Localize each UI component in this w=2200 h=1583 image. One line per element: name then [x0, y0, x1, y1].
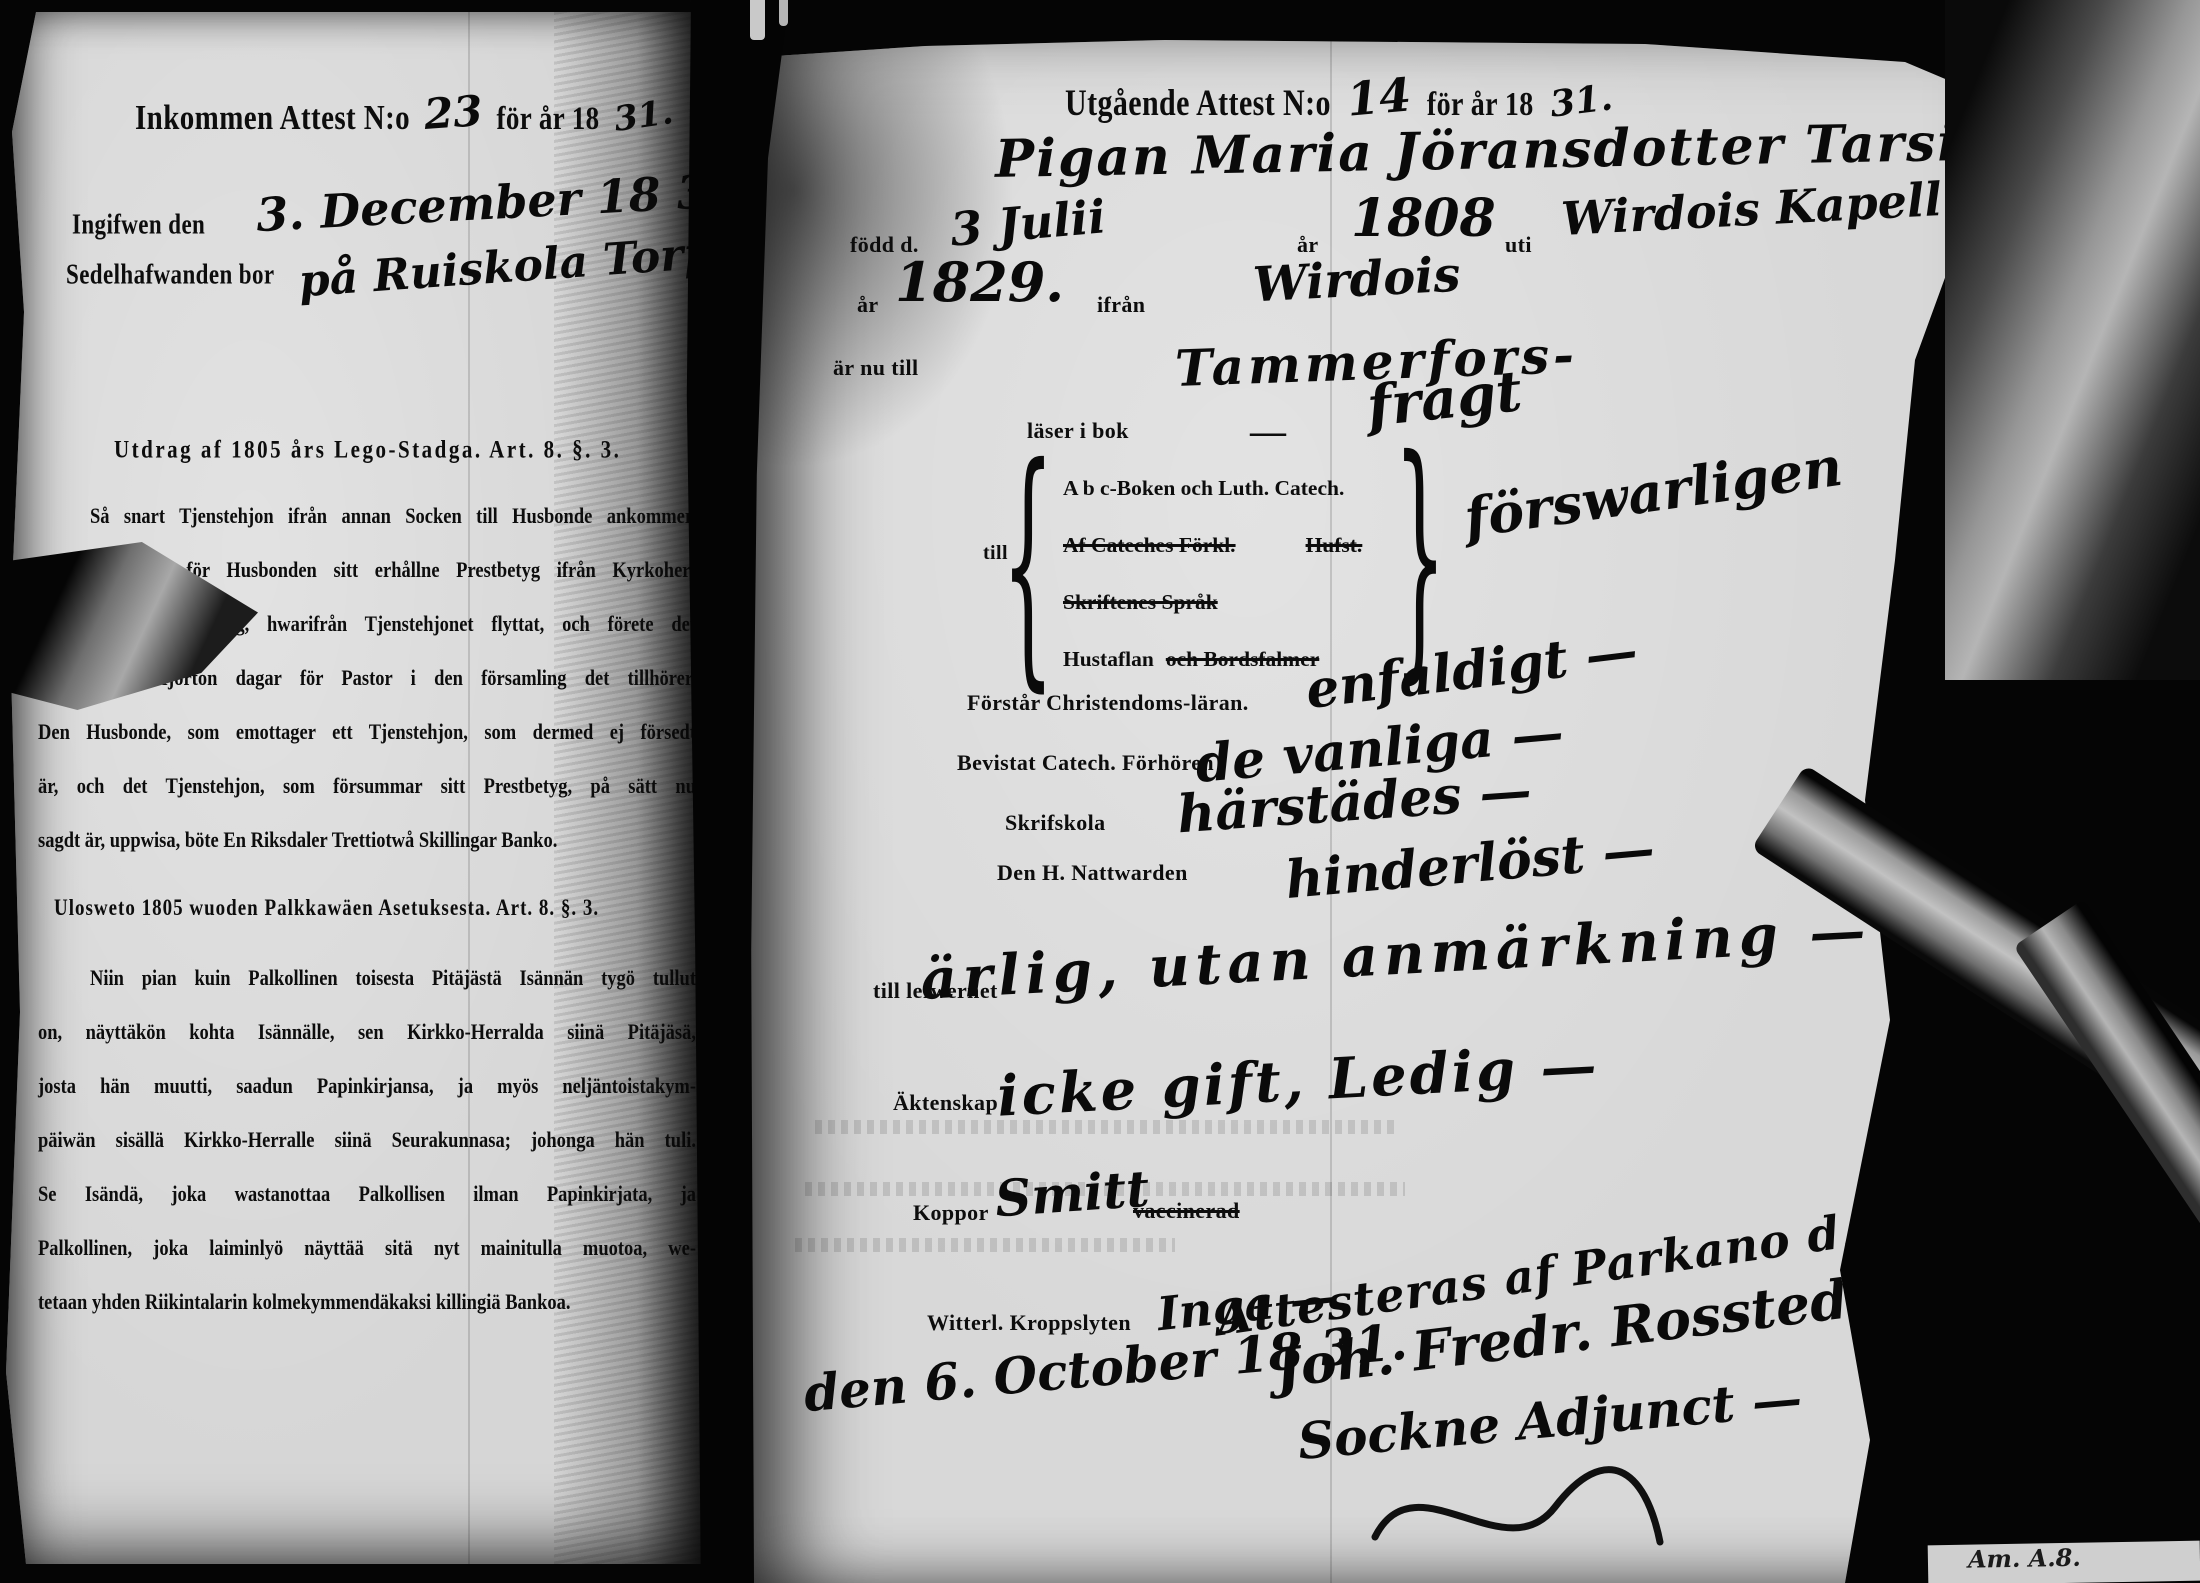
catechism-item-suffix: Hufst.	[1306, 533, 1363, 557]
catechism-item-text: Hustaflan	[1063, 647, 1154, 671]
row-label: Bevistat Catech. Förhören	[957, 750, 1214, 776]
swedish-section-heading: Utdrag af 1805 års Lego-Stadga. Art. 8. …	[114, 435, 621, 465]
row-label: Skrifskola	[1005, 810, 1106, 836]
catechism-item: A b c-Boken och Luth. Catech.	[1063, 460, 1362, 517]
destination-label: är nu till	[833, 355, 919, 381]
right-header-title: Utgående Attest N:o	[1065, 83, 1331, 124]
binding-tab	[750, 0, 765, 40]
gutter-shadow-left	[554, 12, 704, 1564]
catechism-item-text: Skriftenes Språk	[1063, 590, 1218, 614]
ghost-print-smudge	[815, 1120, 1395, 1134]
row-label: Äktenskap	[893, 1090, 998, 1116]
reading-dash: —	[1250, 410, 1286, 452]
right-header-number: 14	[1345, 67, 1413, 126]
catechism-item-text: A b c-Boken och Luth. Catech.	[1063, 476, 1344, 500]
right-header-year-label: för år 18	[1427, 85, 1534, 124]
scanned-church-record: Inkommen Attest N:o 23 för år 18 31. Ing…	[0, 0, 2200, 1583]
row-value: icke gift, Ledig —	[996, 1032, 1601, 1129]
left-header-number: 23	[422, 86, 484, 139]
residence-label: Sedelhafwanden bor	[66, 259, 274, 291]
ghost-print-smudge	[795, 1238, 1175, 1252]
right-page-header: Utgående Attest N:o 14 för år 18 31.	[1065, 70, 1612, 124]
left-brace: {	[1002, 434, 1055, 693]
moved-from-label: ifrån	[1097, 292, 1145, 318]
row-value: ärlig, utan anmärkning —	[919, 897, 1873, 1013]
page-crease	[468, 12, 470, 1564]
row-label: Förstår Christendoms-läran.	[967, 690, 1249, 716]
signature-flourish	[1355, 1452, 1675, 1572]
wooden-stick	[2013, 899, 2200, 1336]
page-crease	[1330, 40, 1332, 1583]
born-year: 1808	[1351, 188, 1496, 249]
left-header-title: Inkommen Attest N:o	[135, 98, 410, 138]
catechism-item: Af Cateches Förkl.Hufst.	[1063, 517, 1362, 574]
catechism-item: Skriftenes Språk	[1063, 574, 1362, 631]
smallpox-label: Koppor	[913, 1200, 989, 1226]
moved-year: 1829.	[895, 250, 1064, 314]
catechism-items: A b c-Boken och Luth. Catech. Af Cateche…	[1063, 460, 1362, 688]
margin-note: Am. A.8.	[1968, 1543, 2081, 1574]
moved-from: Wirdois	[1252, 247, 1462, 314]
moved-year-label: år	[857, 292, 879, 318]
smallpox-struck-word: vaccinerad	[1133, 1198, 1240, 1224]
row-label: Den H. Nattwarden	[997, 860, 1188, 886]
catechism-item-text: Af Cateches Förkl.	[1063, 533, 1236, 557]
background-board	[1945, 0, 2200, 680]
catechism-item-suffix: och Bordsfalmer	[1166, 647, 1319, 671]
binding-tab	[779, 0, 788, 26]
finnish-section-heading: Ulosweto 1805 wuoden Palkkawäen Asetukse…	[54, 896, 599, 922]
ghost-print-smudge	[805, 1182, 1405, 1196]
received-label: Ingifwen den	[72, 209, 205, 241]
margin-note-patch: Am. A.8.	[1928, 1541, 2200, 1583]
catechism-grade: förswarligen	[1460, 434, 1846, 550]
born-place: Wirdois Kapell	[1560, 172, 1943, 246]
born-place-label: uti	[1505, 232, 1532, 258]
deformity-label: Witterl. Kroppslyten	[927, 1310, 1131, 1336]
